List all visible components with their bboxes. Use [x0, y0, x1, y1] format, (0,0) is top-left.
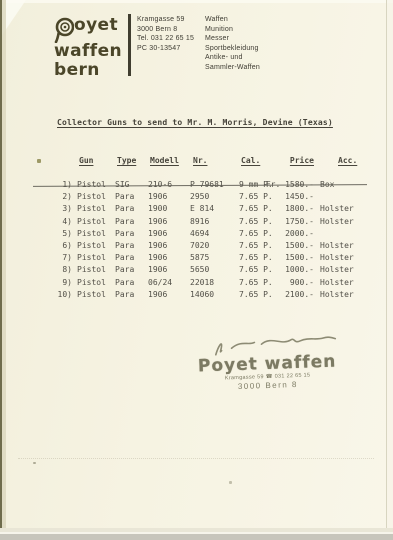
- cell-acc: [314, 228, 364, 240]
- cell-nr: 5650: [185, 264, 234, 276]
- cell-cal: 7.65 P.: [234, 277, 272, 289]
- cell-gun: Pistol: [72, 179, 110, 191]
- cell-num: 10): [52, 289, 72, 301]
- cell-gun: Pistol: [72, 289, 110, 301]
- table-row: 2)PistolPara190629507.65 P.1450.-: [52, 191, 364, 203]
- cell-acc: Holster: [314, 216, 364, 228]
- stamp-block: Poyet waffen Kramgasse 59 ☎ 031 22 65 15…: [184, 327, 350, 393]
- logo-line-waffen: waffen: [54, 42, 122, 61]
- cell-num: 2): [52, 191, 72, 203]
- cell-type: Para: [110, 277, 143, 289]
- cell-acc: Holster: [314, 289, 364, 301]
- table-row: 7)PistolPara190658757.65 P.1500.-Holster: [52, 252, 364, 264]
- cell-modell: 1906: [143, 216, 185, 228]
- header-spacer: [52, 155, 72, 168]
- address-line: PC 30-13547: [137, 44, 194, 54]
- cell-num: 3): [52, 203, 72, 215]
- cell-modell: 1906: [143, 191, 185, 203]
- cell-nr: 5875: [185, 252, 234, 264]
- table-header-modell: Modell: [143, 155, 185, 168]
- cell-modell: 1906: [143, 240, 185, 252]
- cell-nr: E 814: [185, 203, 234, 215]
- service-line: Messer: [205, 34, 260, 44]
- cell-nr: P 79681: [185, 179, 234, 191]
- table-header-type: Type: [110, 155, 143, 168]
- service-line: Sportbekleidung: [205, 44, 260, 54]
- cell-price: 2000.-: [272, 228, 314, 240]
- cell-acc: [314, 191, 364, 203]
- cell-gun: Pistol: [72, 216, 110, 228]
- table-row: 4)PistolPara190689167.65 P.1750.-Holster: [52, 216, 364, 228]
- table-row: 9)PistolPara06/24220187.65 P.900.-Holste…: [52, 277, 364, 289]
- table-header-price: Price: [272, 155, 314, 168]
- cell-acc: Holster: [314, 203, 364, 215]
- cell-modell: 1906: [143, 289, 185, 301]
- cell-acc: Holster: [314, 264, 364, 276]
- logo-line-poyet: oyet: [54, 16, 122, 42]
- cell-acc: Holster: [314, 240, 364, 252]
- cell-acc: Box: [314, 179, 364, 191]
- cell-nr: 22018: [185, 277, 234, 289]
- cell-type: Para: [110, 191, 143, 203]
- scanned-letter-page: oyet waffen bern Kramgasse 593000 Bern 8…: [0, 0, 393, 540]
- service-line: Waffen: [205, 15, 260, 25]
- table-row: 6)PistolPara190670207.65 P.1500.-Holster: [52, 240, 364, 252]
- scan-speck: [37, 159, 41, 163]
- address-line: Kramgasse 59: [137, 15, 194, 25]
- service-line: Munition: [205, 25, 260, 35]
- cell-gun: Pistol: [72, 228, 110, 240]
- cell-price: 900.-: [272, 277, 314, 289]
- cell-modell: 1906: [143, 228, 185, 240]
- cell-nr: 7020: [185, 240, 234, 252]
- cell-modell: 1906: [143, 252, 185, 264]
- cell-gun: Pistol: [72, 252, 110, 264]
- service-line: Antike- und: [205, 53, 260, 63]
- cell-nr: 4694: [185, 228, 234, 240]
- cell-cal: 7.65 P.: [234, 289, 272, 301]
- table-header-acc: Acc.: [314, 155, 364, 168]
- cell-gun: Pistol: [72, 191, 110, 203]
- cell-type: Para: [110, 264, 143, 276]
- scan-edge-bottom: [0, 534, 393, 540]
- cell-price: 1750.-: [272, 216, 314, 228]
- table-row: 8)PistolPara190656507.65 P.1000.-Holster: [52, 264, 364, 276]
- cell-num: 1): [52, 179, 72, 191]
- cell-nr: 14060: [185, 289, 234, 301]
- company-logo: oyet waffen bern: [54, 16, 122, 80]
- cell-cal: 7.65 P.: [234, 216, 272, 228]
- cell-num: 5): [52, 228, 72, 240]
- scan-speck: [229, 481, 232, 484]
- cell-price: 1500.-: [272, 252, 314, 264]
- cell-acc: Holster: [314, 277, 364, 289]
- cell-modell: 1900: [143, 203, 185, 215]
- letterhead-services: WaffenMunitionMesserSportbekleidungAntik…: [205, 15, 260, 72]
- logo-line1-rest: oyet: [74, 16, 118, 35]
- logo-line-bern: bern: [54, 61, 122, 80]
- cell-num: 7): [52, 252, 72, 264]
- cell-type: Para: [110, 289, 143, 301]
- cell-gun: Pistol: [72, 264, 110, 276]
- cell-gun: Pistol: [72, 203, 110, 215]
- cell-type: Para: [110, 228, 143, 240]
- cell-num: 4): [52, 216, 72, 228]
- table-header-nr: Nr.: [185, 155, 234, 168]
- cell-num: 8): [52, 264, 72, 276]
- cell-num: 6): [52, 240, 72, 252]
- cell-acc: Holster: [314, 252, 364, 264]
- cell-price: 1000.-: [272, 264, 314, 276]
- cell-price: 2100.-: [272, 289, 314, 301]
- cell-gun: Pistol: [72, 240, 110, 252]
- table-header-cal: Cal.: [234, 155, 272, 168]
- cell-type: Para: [110, 252, 143, 264]
- cell-nr: 2950: [185, 191, 234, 203]
- cell-gun: Pistol: [72, 277, 110, 289]
- address-line: Tel. 031 22 65 15: [137, 34, 194, 44]
- table-header-row: GunTypeModellNr.Cal.PriceAcc.: [52, 155, 364, 168]
- cell-cal: 7.65 P.: [234, 252, 272, 264]
- cell-cal: 7.65 P.: [234, 228, 272, 240]
- service-line: Sammler-Waffen: [205, 63, 260, 73]
- cell-price: 1800.-: [272, 203, 314, 215]
- cell-nr: 8916: [185, 216, 234, 228]
- cell-modell: 210-6: [143, 179, 185, 191]
- cell-cal: 7.65 P.: [234, 240, 272, 252]
- table-row: 3)PistolPara1900E 8147.65 P.1800.-Holste…: [52, 203, 364, 215]
- cell-price: 1500.-: [272, 240, 314, 252]
- cell-modell: 1906: [143, 264, 185, 276]
- gun-table: GunTypeModellNr.Cal.PriceAcc.1)PistolSIG…: [52, 155, 364, 301]
- logo-p-spiral-icon: [54, 17, 74, 43]
- cell-type: Para: [110, 203, 143, 215]
- cell-num: 9): [52, 277, 72, 289]
- paper-fold-line: [18, 458, 374, 459]
- document-title: Collector Guns to send to Mr. M. Morris,…: [57, 118, 333, 127]
- cell-type: SIG: [110, 179, 143, 191]
- table-row: 1)PistolSIG210-6P 796819 mm P.Fr. 1580.-…: [52, 179, 364, 191]
- letterhead: oyet waffen bern Kramgasse 593000 Bern 8…: [0, 0, 393, 100]
- table-header-gun: Gun: [72, 155, 110, 168]
- cell-price: Fr. 1580.-: [272, 179, 314, 191]
- letterhead-divider: [128, 14, 131, 76]
- cell-type: Para: [110, 216, 143, 228]
- cell-type: Para: [110, 240, 143, 252]
- table-row: 10)PistolPara1906140607.65 P.2100.-Holst…: [52, 289, 364, 301]
- table-row: 5)PistolPara190646947.65 P.2000.-: [52, 228, 364, 240]
- cell-cal: 7.65 P.: [234, 203, 272, 215]
- address-line: 3000 Bern 8: [137, 25, 194, 35]
- scan-speck: [33, 462, 36, 464]
- cell-cal: 7.65 P.: [234, 264, 272, 276]
- cell-price: 1450.-: [272, 191, 314, 203]
- letterhead-address: Kramgasse 593000 Bern 8Tel. 031 22 65 15…: [137, 15, 194, 53]
- cell-modell: 06/24: [143, 277, 185, 289]
- cell-cal: 7.65 P.: [234, 191, 272, 203]
